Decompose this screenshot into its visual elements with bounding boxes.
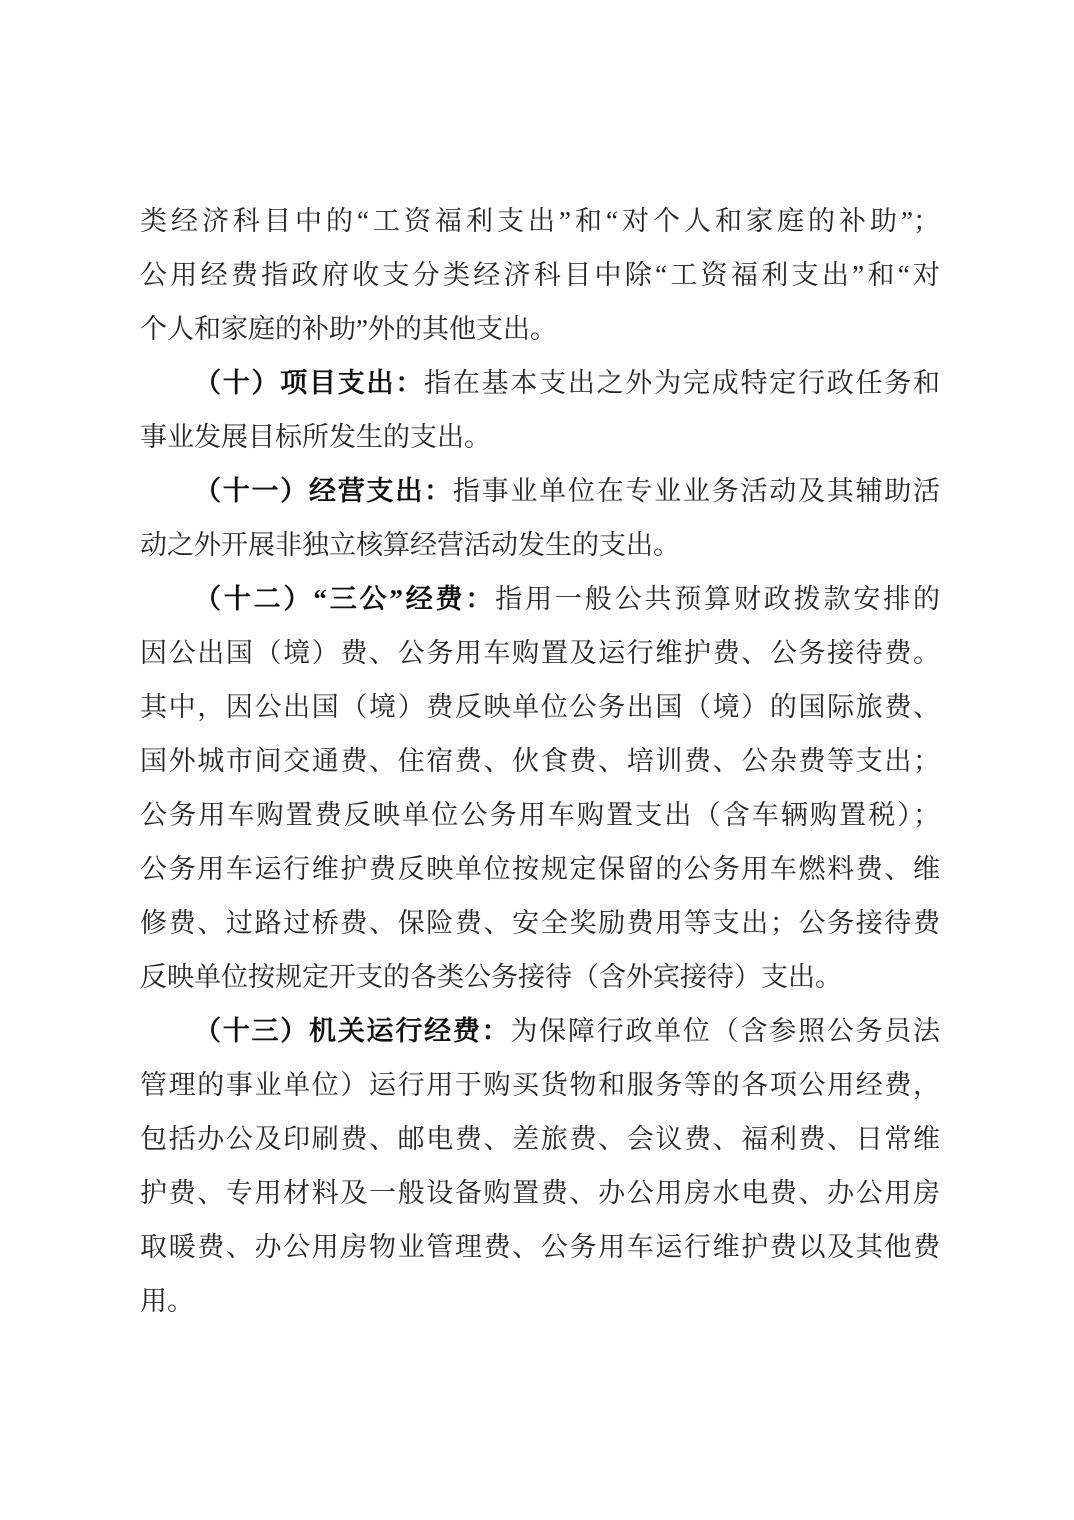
line-text: 指用一般公共预算财政拨款安排的: [495, 584, 940, 614]
text-line: 管理的事业单位）运行用于购买货物和服务等的各项公用经费，: [140, 1058, 940, 1112]
text-line: 公用经费指政府收支分类经济科目中除“工资福利支出”和“对: [140, 248, 940, 302]
term-label-item-10: （十）项目支出：: [194, 368, 424, 398]
text-line: 事业发展目标所发生的支出。: [140, 410, 940, 464]
text-line: 国外城市间交通费、住宿费、伙食费、培训费、公杂费等支出；: [140, 734, 940, 788]
line-text: 用。: [140, 1286, 194, 1316]
text-line: 修费、过路过桥费、保险费、安全奖励费用等支出；公务接待费: [140, 896, 940, 950]
text-line: 用。: [140, 1274, 940, 1328]
line-text: 护费、专用材料及一般设备购置费、办公用房水电费、办公用房: [140, 1178, 940, 1208]
text-line: 其中，因公出国（境）费反映单位公务出国（境）的国际旅费、: [140, 680, 940, 734]
text-line: （十二）“三公”经费：指用一般公共预算财政拨款安排的: [140, 572, 940, 626]
line-text: 指在基本支出之外为完成特定行政任务和: [424, 368, 940, 398]
document-page: 类经济科目中的“工资福利支出”和“对个人和家庭的补助”； 公用经费指政府收支分类…: [0, 0, 1074, 1520]
line-text: 公用经费指政府收支分类经济科目中除“工资福利支出”和“对: [140, 260, 940, 290]
text-line: 公务用车运行维护费反映单位按规定保留的公务用车燃料费、维: [140, 842, 940, 896]
text-line: 公务用车购置费反映单位公务用车购置支出（含车辆购置税）；: [140, 788, 940, 842]
text-line: 反映单位按规定开支的各类公务接待（含外宾接待）支出。: [140, 950, 940, 1004]
line-text: 动之外开展非独立核算经营活动发生的支出。: [140, 530, 680, 560]
text-line: 类经济科目中的“工资福利支出”和“对个人和家庭的补助”；: [140, 194, 940, 248]
line-text: 个人和家庭的补助”外的其他支出。: [140, 314, 557, 344]
line-text: 管理的事业单位）运行用于购买货物和服务等的各项公用经费，: [140, 1070, 940, 1100]
text-line: （十三）机关运行经费：为保障行政单位（含参照公务员法: [140, 1004, 940, 1058]
text-line: 护费、专用材料及一般设备购置费、办公用房水电费、办公用房: [140, 1166, 940, 1220]
text-line: 取暖费、办公用房物业管理费、公务用车运行维护费以及其他费: [140, 1220, 940, 1274]
line-text: 包括办公及印刷费、邮电费、差旅费、会议费、福利费、日常维: [140, 1124, 940, 1154]
line-text: 因公出国（境）费、公务用车购置及运行维护费、公务接待费。: [140, 638, 940, 668]
text-line: 因公出国（境）费、公务用车购置及运行维护费、公务接待费。: [140, 626, 940, 680]
text-line: 动之外开展非独立核算经营活动发生的支出。: [140, 518, 940, 572]
line-text: 其中，因公出国（境）费反映单位公务出国（境）的国际旅费、: [140, 692, 940, 722]
line-text: 为保障行政单位（含参照公务员法: [510, 1016, 940, 1046]
line-text: 公务用车运行维护费反映单位按规定保留的公务用车燃料费、维: [140, 854, 940, 884]
term-label-item-12: （十二）“三公”经费：: [194, 584, 495, 614]
text-line: 个人和家庭的补助”外的其他支出。: [140, 302, 940, 356]
line-text: 国外城市间交通费、住宿费、伙食费、培训费、公杂费等支出；: [140, 746, 940, 776]
text-line: 包括办公及印刷费、邮电费、差旅费、会议费、福利费、日常维: [140, 1112, 940, 1166]
term-label-item-11: （十一）经营支出：: [194, 476, 453, 506]
line-text: 公务用车购置费反映单位公务用车购置支出（含车辆购置税）；: [140, 800, 940, 830]
term-label-item-13: （十三）机关运行经费：: [194, 1016, 510, 1046]
text-line: （十一）经营支出：指事业单位在专业业务活动及其辅助活: [140, 464, 940, 518]
line-text: 指事业单位在专业业务活动及其辅助活: [453, 476, 940, 506]
line-text: 反映单位按规定开支的各类公务接待（含外宾接待）支出。: [140, 962, 842, 992]
line-text: 事业发展目标所发生的支出。: [140, 422, 491, 452]
line-text: 取暖费、办公用房物业管理费、公务用车运行维护费以及其他费: [140, 1232, 940, 1262]
line-text: 类经济科目中的“工资福利支出”和“对个人和家庭的补助”；: [140, 206, 940, 236]
text-line: （十）项目支出：指在基本支出之外为完成特定行政任务和: [140, 356, 940, 410]
line-text: 修费、过路过桥费、保险费、安全奖励费用等支出；公务接待费: [140, 908, 940, 938]
